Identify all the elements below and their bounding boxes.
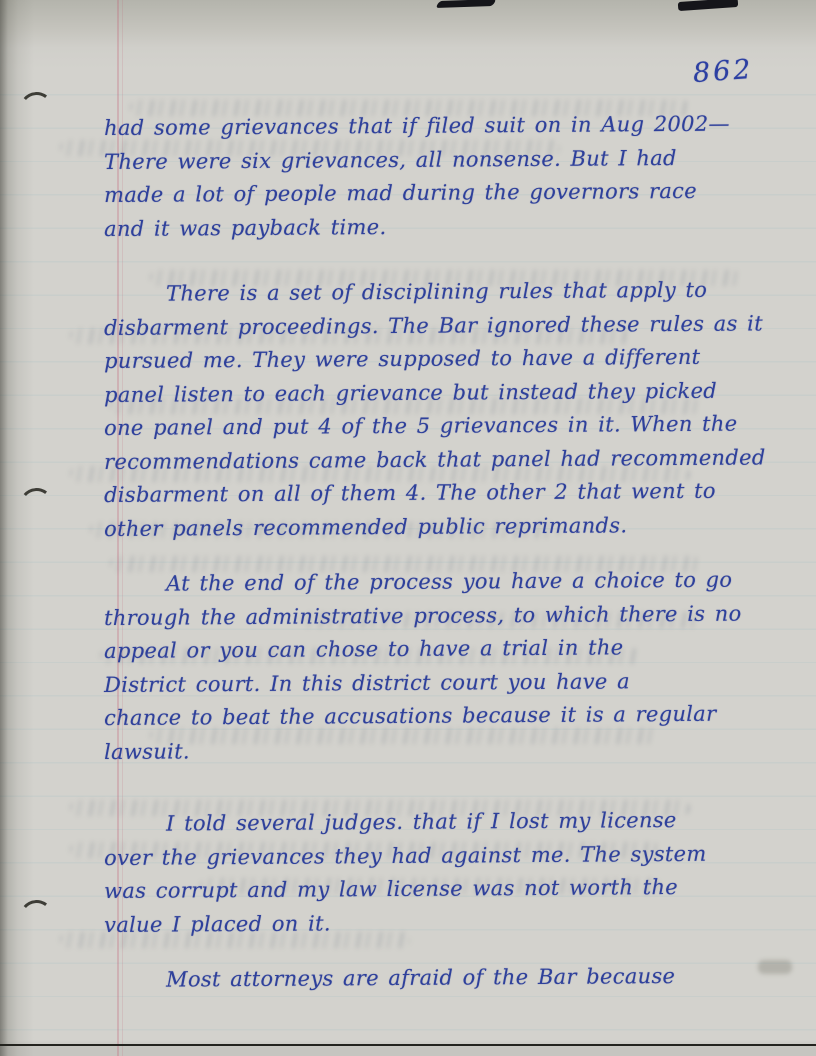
paragraph: I told several judges. that if I lost my…	[104, 808, 776, 942]
handwritten-line: was corrupt and my law license was not w…	[104, 870, 776, 908]
handwritten-line: made a lot of people mad during the gove…	[104, 174, 776, 212]
paragraph: Most attorneys are afraid of the Bar bec…	[104, 964, 776, 998]
handwritten-line: chance to beat the accusations because i…	[104, 697, 776, 735]
handwritten-line: District court. In this district court y…	[104, 664, 776, 702]
handwritten-line: had some grievances that if filed suit o…	[104, 107, 776, 145]
handwritten-line: other panels recommended public repriman…	[104, 508, 776, 546]
handwritten-line: panel listen to each grievance but inste…	[104, 374, 776, 412]
paragraph: There is a set of disciplining rules tha…	[104, 278, 776, 546]
handwritten-line: disbarment on all of them 4. The other 2…	[104, 474, 776, 512]
handwriting-content: had some grievances that if filed suit o…	[0, 0, 816, 1056]
handwritten-line: I told several judges. that if I lost my…	[104, 803, 776, 841]
scanned-page: 862 had some grievances that if filed su…	[0, 0, 816, 1056]
handwritten-line: recommendations came back that panel had…	[104, 441, 776, 479]
paragraph: had some grievances that if filed suit o…	[104, 112, 776, 246]
handwritten-line: There is a set of disciplining rules tha…	[104, 273, 776, 311]
handwritten-line: value I placed on it.	[104, 904, 776, 942]
paragraph: At the end of the process you have a cho…	[104, 568, 776, 769]
handwritten-line: one panel and put 4 of the 5 grievances …	[104, 407, 776, 445]
handwritten-line: disbarment proceedings. The Bar ignored …	[104, 307, 776, 345]
handwritten-line: and it was payback time.	[104, 208, 776, 246]
handwritten-line: At the end of the process you have a cho…	[104, 563, 776, 601]
handwritten-line: appeal or you can chose to have a trial …	[104, 630, 776, 668]
handwritten-line: pursued me. They were supposed to have a…	[104, 340, 776, 378]
handwritten-line: lawsuit.	[104, 731, 776, 769]
handwritten-line: through the administrative process, to w…	[104, 597, 776, 635]
handwritten-line: over the grievances they had against me.…	[104, 837, 776, 875]
handwritten-line: Most attorneys are afraid of the Bar bec…	[104, 959, 776, 997]
handwritten-line: There were six grievances, all nonsense.…	[104, 141, 776, 179]
